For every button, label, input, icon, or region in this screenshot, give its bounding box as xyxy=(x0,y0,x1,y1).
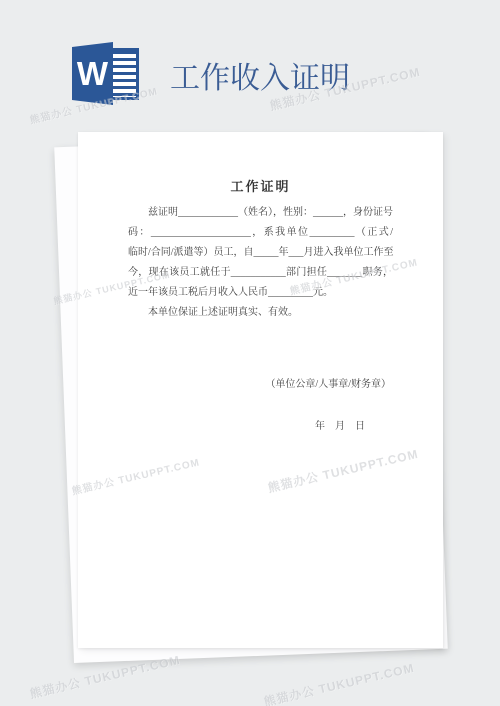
date-line: 年 月 日 xyxy=(128,417,393,437)
document-title: 工作证明 xyxy=(128,177,393,197)
seal-note: （单位公章/人事章/财务章） xyxy=(128,375,393,395)
document-line: 码：____________________，系我单位_________（正式/ xyxy=(128,223,393,243)
word-icon: W xyxy=(72,42,142,105)
word-icon-letter-panel: W xyxy=(72,42,113,105)
word-icon-letter: W xyxy=(77,57,108,90)
document-line: 临时/合同/派遣等）员工，自_____年___月进入我单位工作至 xyxy=(128,243,393,263)
watermark-text: 熊猫办公 TUKUPPT.COM xyxy=(262,659,416,706)
page: W 工作收入证明 工作证明 兹证明____________（姓名），性别：___… xyxy=(0,0,500,706)
document-paper: 工作证明 兹证明____________（姓名），性别：______，身份证号 … xyxy=(78,132,443,648)
header: W 工作收入证明 xyxy=(0,0,500,120)
document-line: 今，现在该员工就任于___________部门担任_______职务， xyxy=(128,263,393,283)
page-title: 工作收入证明 xyxy=(170,53,350,97)
document-line: 近一年该员工税后月收入人民币_________元。 xyxy=(128,283,393,303)
document-line: 兹证明____________（姓名），性别：______，身份证号 xyxy=(128,203,393,223)
document-line: 本单位保证上述证明真实、有效。 xyxy=(128,303,393,323)
